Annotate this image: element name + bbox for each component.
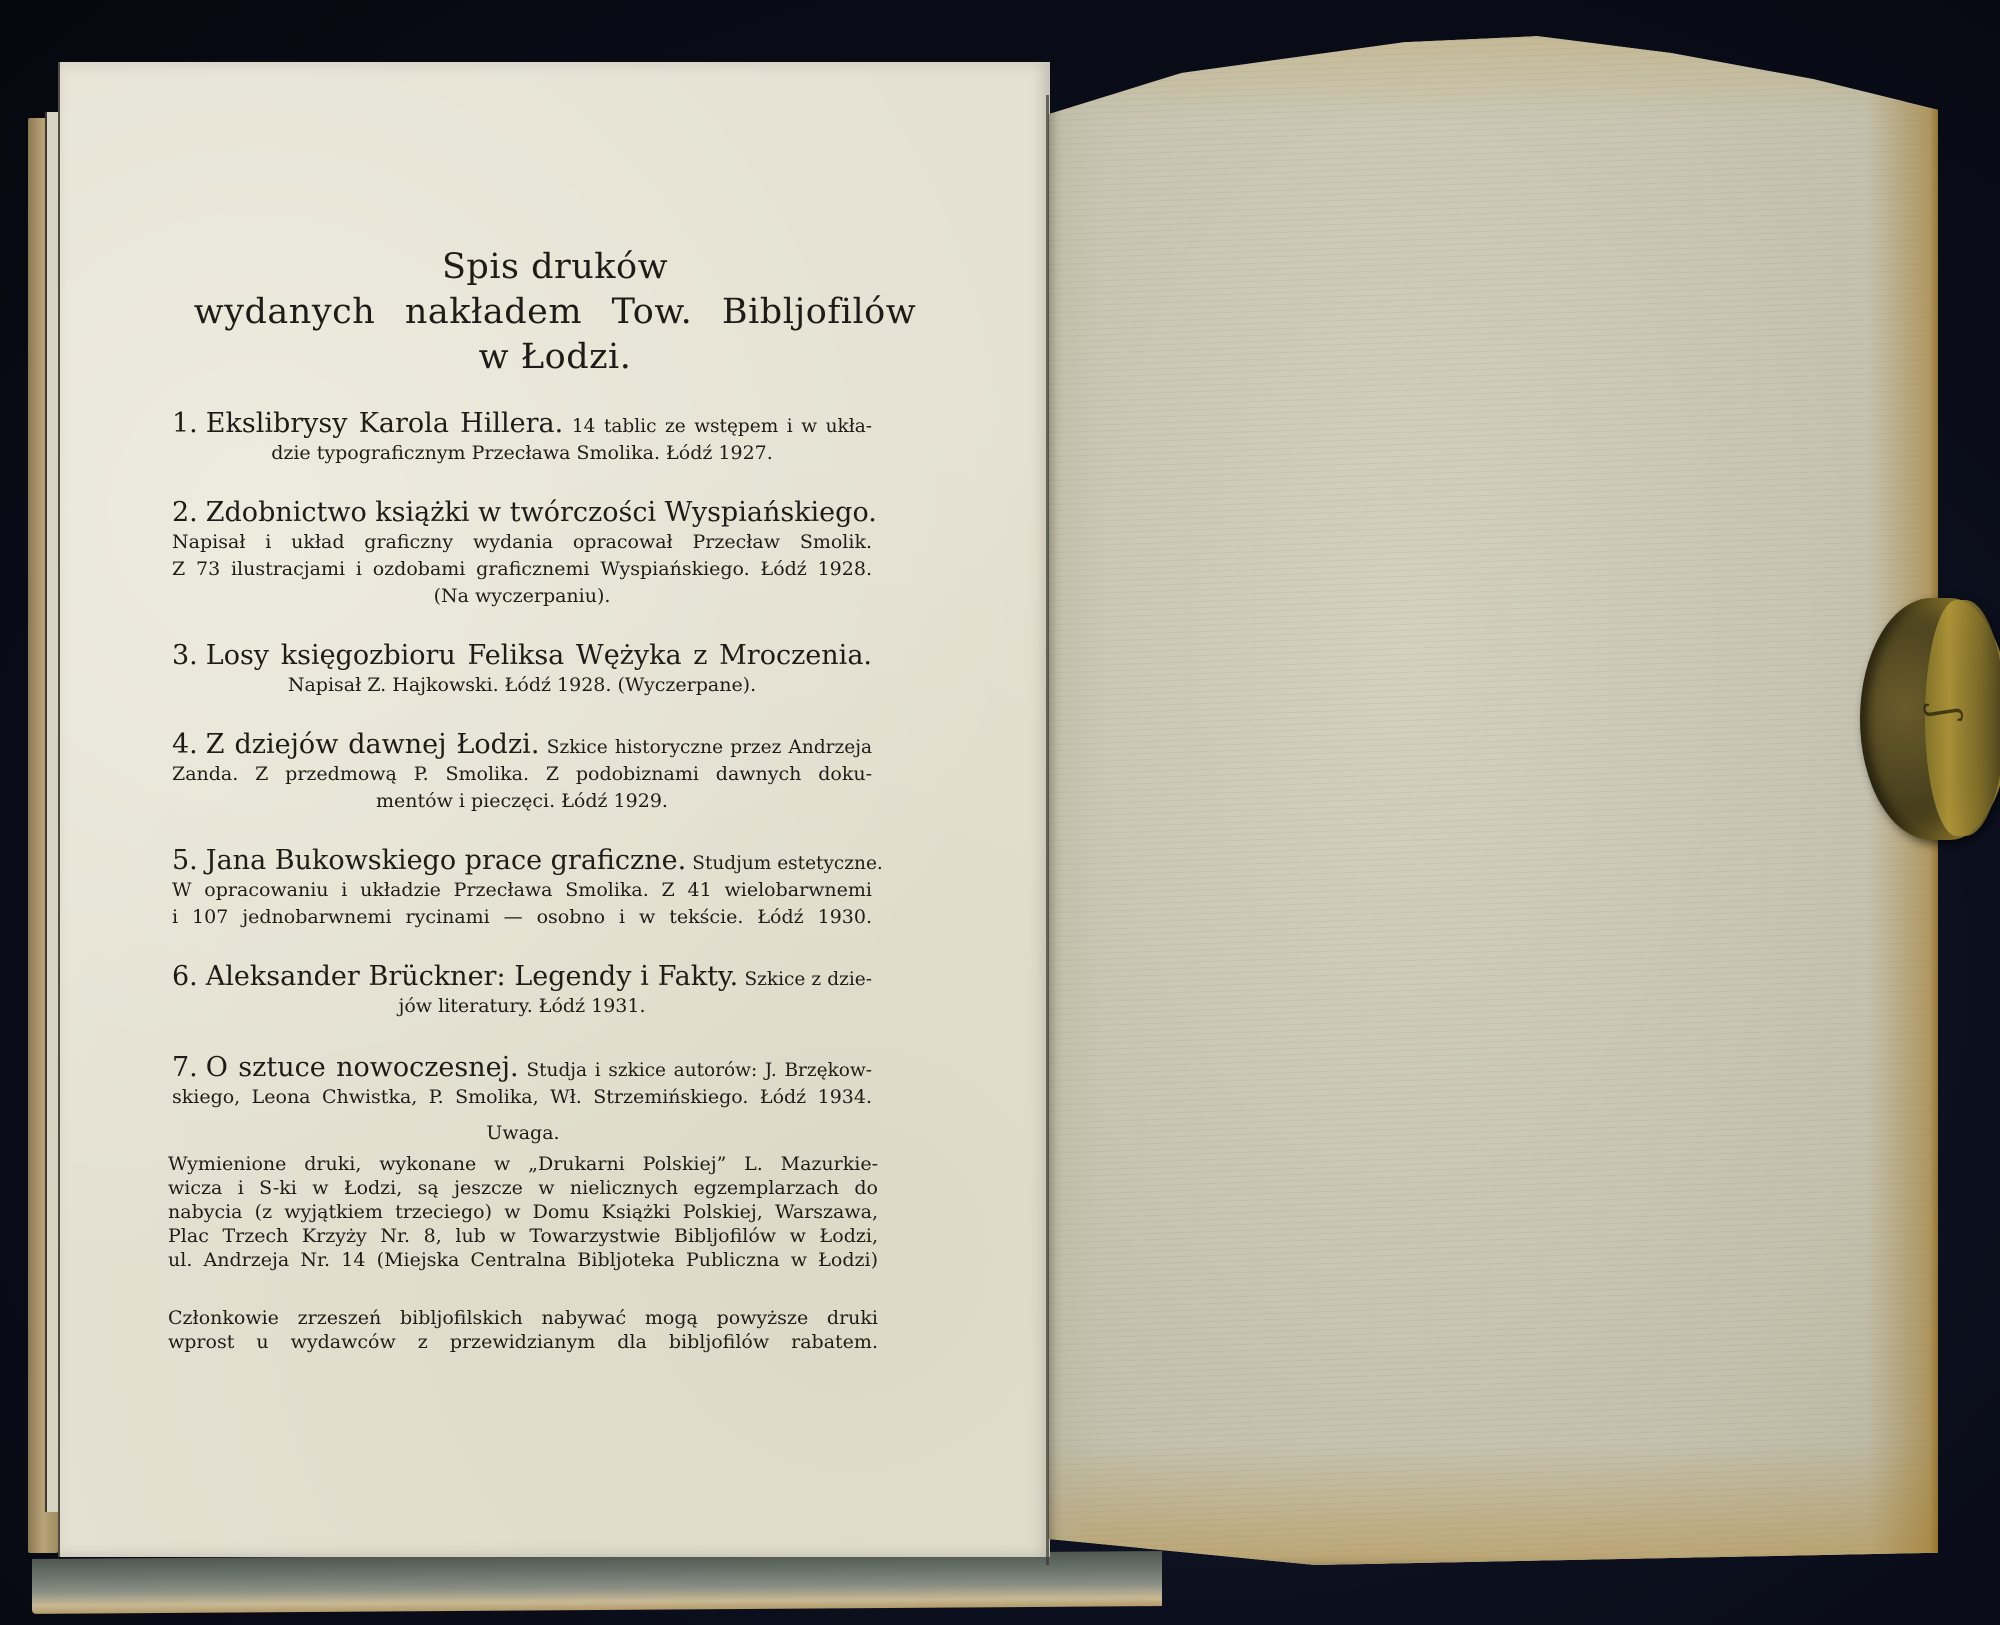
title-line-2: wydanych nakładem Tow. Bibljofilów [60,290,1050,335]
note-footer-line: wprost u wydawców z przewidzianym dla bi… [168,1330,878,1354]
entry-desc: dzie typograficznym Przecława Smolika. Ł… [172,440,872,467]
publication-list: 1.Ekslibrysy Karola Hillera. 14 tablic z… [172,408,872,1141]
note-body: Wymienione druki, wykonane w „Drukarni P… [168,1152,878,1272]
note-line: Wymienione druki, wykonane w „Drukarni P… [168,1152,878,1176]
entry-desc: skiego, Leona Chwistka, P. Smolika, Wł. … [172,1084,872,1111]
entry-number: 6. [172,961,198,992]
page-title: Spis druków wydanych nakładem Tow. Biblj… [60,245,1050,380]
left-page: Spis druków wydanych nakładem Tow. Biblj… [58,62,1050,1557]
entry-title: O sztuce nowoczesnej. [206,1052,519,1083]
entry-title: Jana Bukowskiego prace graficzne. [206,845,686,876]
entry-desc: Studja i szkice autorów: J. Brzękow- [526,1060,872,1081]
book-gutter [1046,95,1049,1565]
entry-title: Losy księgozbioru Feliksa Wężyka z Mrocz… [206,640,872,671]
list-item: 5.Jana Bukowskiego prace graficzne. Stud… [172,845,872,931]
list-item: 7.O sztuce nowoczesnej. Studja i szkice … [172,1052,872,1111]
seal-engraving-icon: ʃ [1922,708,1968,719]
entry-desc: i 107 jednobarwnemi rycinami — osobno i … [172,904,872,931]
list-item: 6.Aleksander Brückner: Legendy i Fakty. … [172,961,872,1020]
title-line-3: w Łodzi. [60,335,1050,380]
note-line: ul. Andrzeja Nr. 14 (Miejska Centralna B… [168,1248,878,1272]
entry-desc: Z 73 ilustracjami i ozdobami graficznemi… [172,556,872,583]
entry-desc: mentów i pieczęci. Łódź 1929. [172,788,872,815]
list-item: 2.Zdobnictwo książki w twórczości Wyspia… [172,497,872,610]
book-bottom-edge [32,1551,1162,1614]
note-line: nabycia (z wyjątkiem trzeciego) w Domu K… [168,1200,878,1224]
entry-desc: Zanda. Z przedmową P. Smolika. Z podobiz… [172,761,872,788]
entry-desc: Szkice z dzie- [744,969,872,990]
entry-number: 1. [172,408,198,439]
note-footer-line: Członkowie zrzeszeń bibljofilskich nabyw… [168,1306,878,1330]
entry-title: Ekslibrysy Karola Hillera. [206,408,563,439]
entry-desc: Szkice historyczne przez Andrzeja [547,737,872,758]
entry-number: 7. [172,1052,198,1083]
entry-desc: Napisał i układ graficzny wydania opraco… [172,529,872,556]
entry-number: 2. [172,497,198,528]
note-heading: Uwaga. [168,1120,878,1146]
entry-number: 3. [172,640,198,671]
note-line: wicza i S-ki w Łodzi, są jeszcze w nieli… [168,1176,878,1200]
entry-desc: W opracowaniu i układzie Przecława Smoli… [172,877,872,904]
entry-number: 4. [172,729,198,760]
entry-number: 5. [172,845,198,876]
entry-desc: Studjum estetyczne. [692,853,883,874]
entry-desc: Napisał Z. Hajkowski. Łódź 1928. (Wyczer… [172,672,872,699]
title-line-1: Spis druków [60,245,1050,290]
list-item: 4.Z dziejów dawnej Łodzi. Szkice history… [172,729,872,815]
entry-title: Z dziejów dawnej Łodzi. [206,729,540,760]
entry-desc: jów literatury. Łódź 1931. [172,993,872,1020]
entry-desc: 14 tablic ze wstępem i w ukła- [572,416,872,437]
list-item: 3.Losy księgozbioru Feliksa Wężyka z Mro… [172,640,872,699]
entry-title: Aleksander Brückner: Legendy i Fakty. [206,961,738,992]
right-blank-page [1048,30,1938,1565]
note-line: Plac Trzech Krzyży Nr. 8, lub w Towarzys… [168,1224,878,1248]
list-item: 1.Ekslibrysy Karola Hillera. 14 tablic z… [172,408,872,467]
entry-title: Zdobnictwo książki w twórczości Wyspiańs… [206,497,877,528]
entry-desc: (Na wyczerpaniu). [172,583,872,610]
note-footer: Członkowie zrzeszeń bibljofilskich nabyw… [168,1306,878,1354]
note-section: Uwaga. Wymienione druki, wykonane w „Dru… [168,1120,878,1354]
